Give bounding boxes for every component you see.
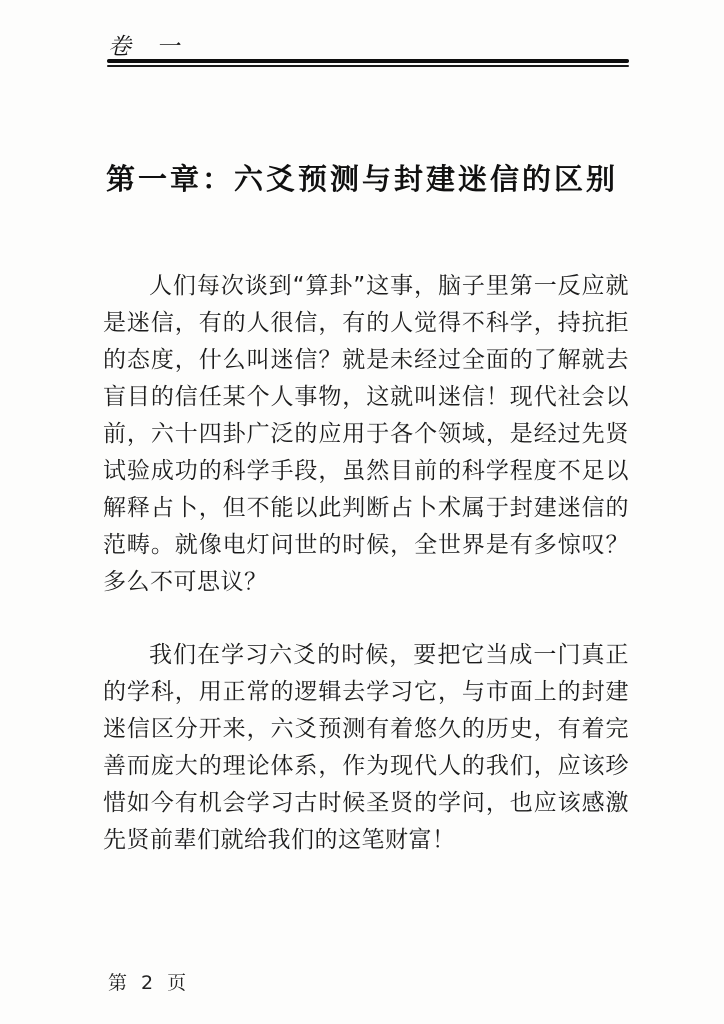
book-page: 卷 一 第一章：六爻预测与封建迷信的区别 人们每次谈到“算卦”这事，脑子里第一反…: [0, 0, 724, 1024]
chapter-title: 第一章：六爻预测与封建迷信的区别: [96, 157, 628, 198]
header-rule-thin-line: [107, 65, 629, 67]
header-rule: [107, 59, 629, 67]
page-number: 第 2 页: [108, 968, 187, 995]
paragraph-1: 人们每次谈到“算卦”这事，脑子里第一反应就是迷信，有的人很信，有的人觉得不科学，…: [103, 268, 629, 601]
volume-label: 卷 一: [108, 28, 181, 61]
paragraph-2: 我们在学习六爻的时候，要把它当成一门真正的学科，用正常的逻辑去学习它，与市面上的…: [103, 637, 629, 859]
body-text: 人们每次谈到“算卦”这事，脑子里第一反应就是迷信，有的人很信，有的人觉得不科学，…: [103, 268, 629, 859]
header-rule-thick-line: [107, 59, 629, 63]
